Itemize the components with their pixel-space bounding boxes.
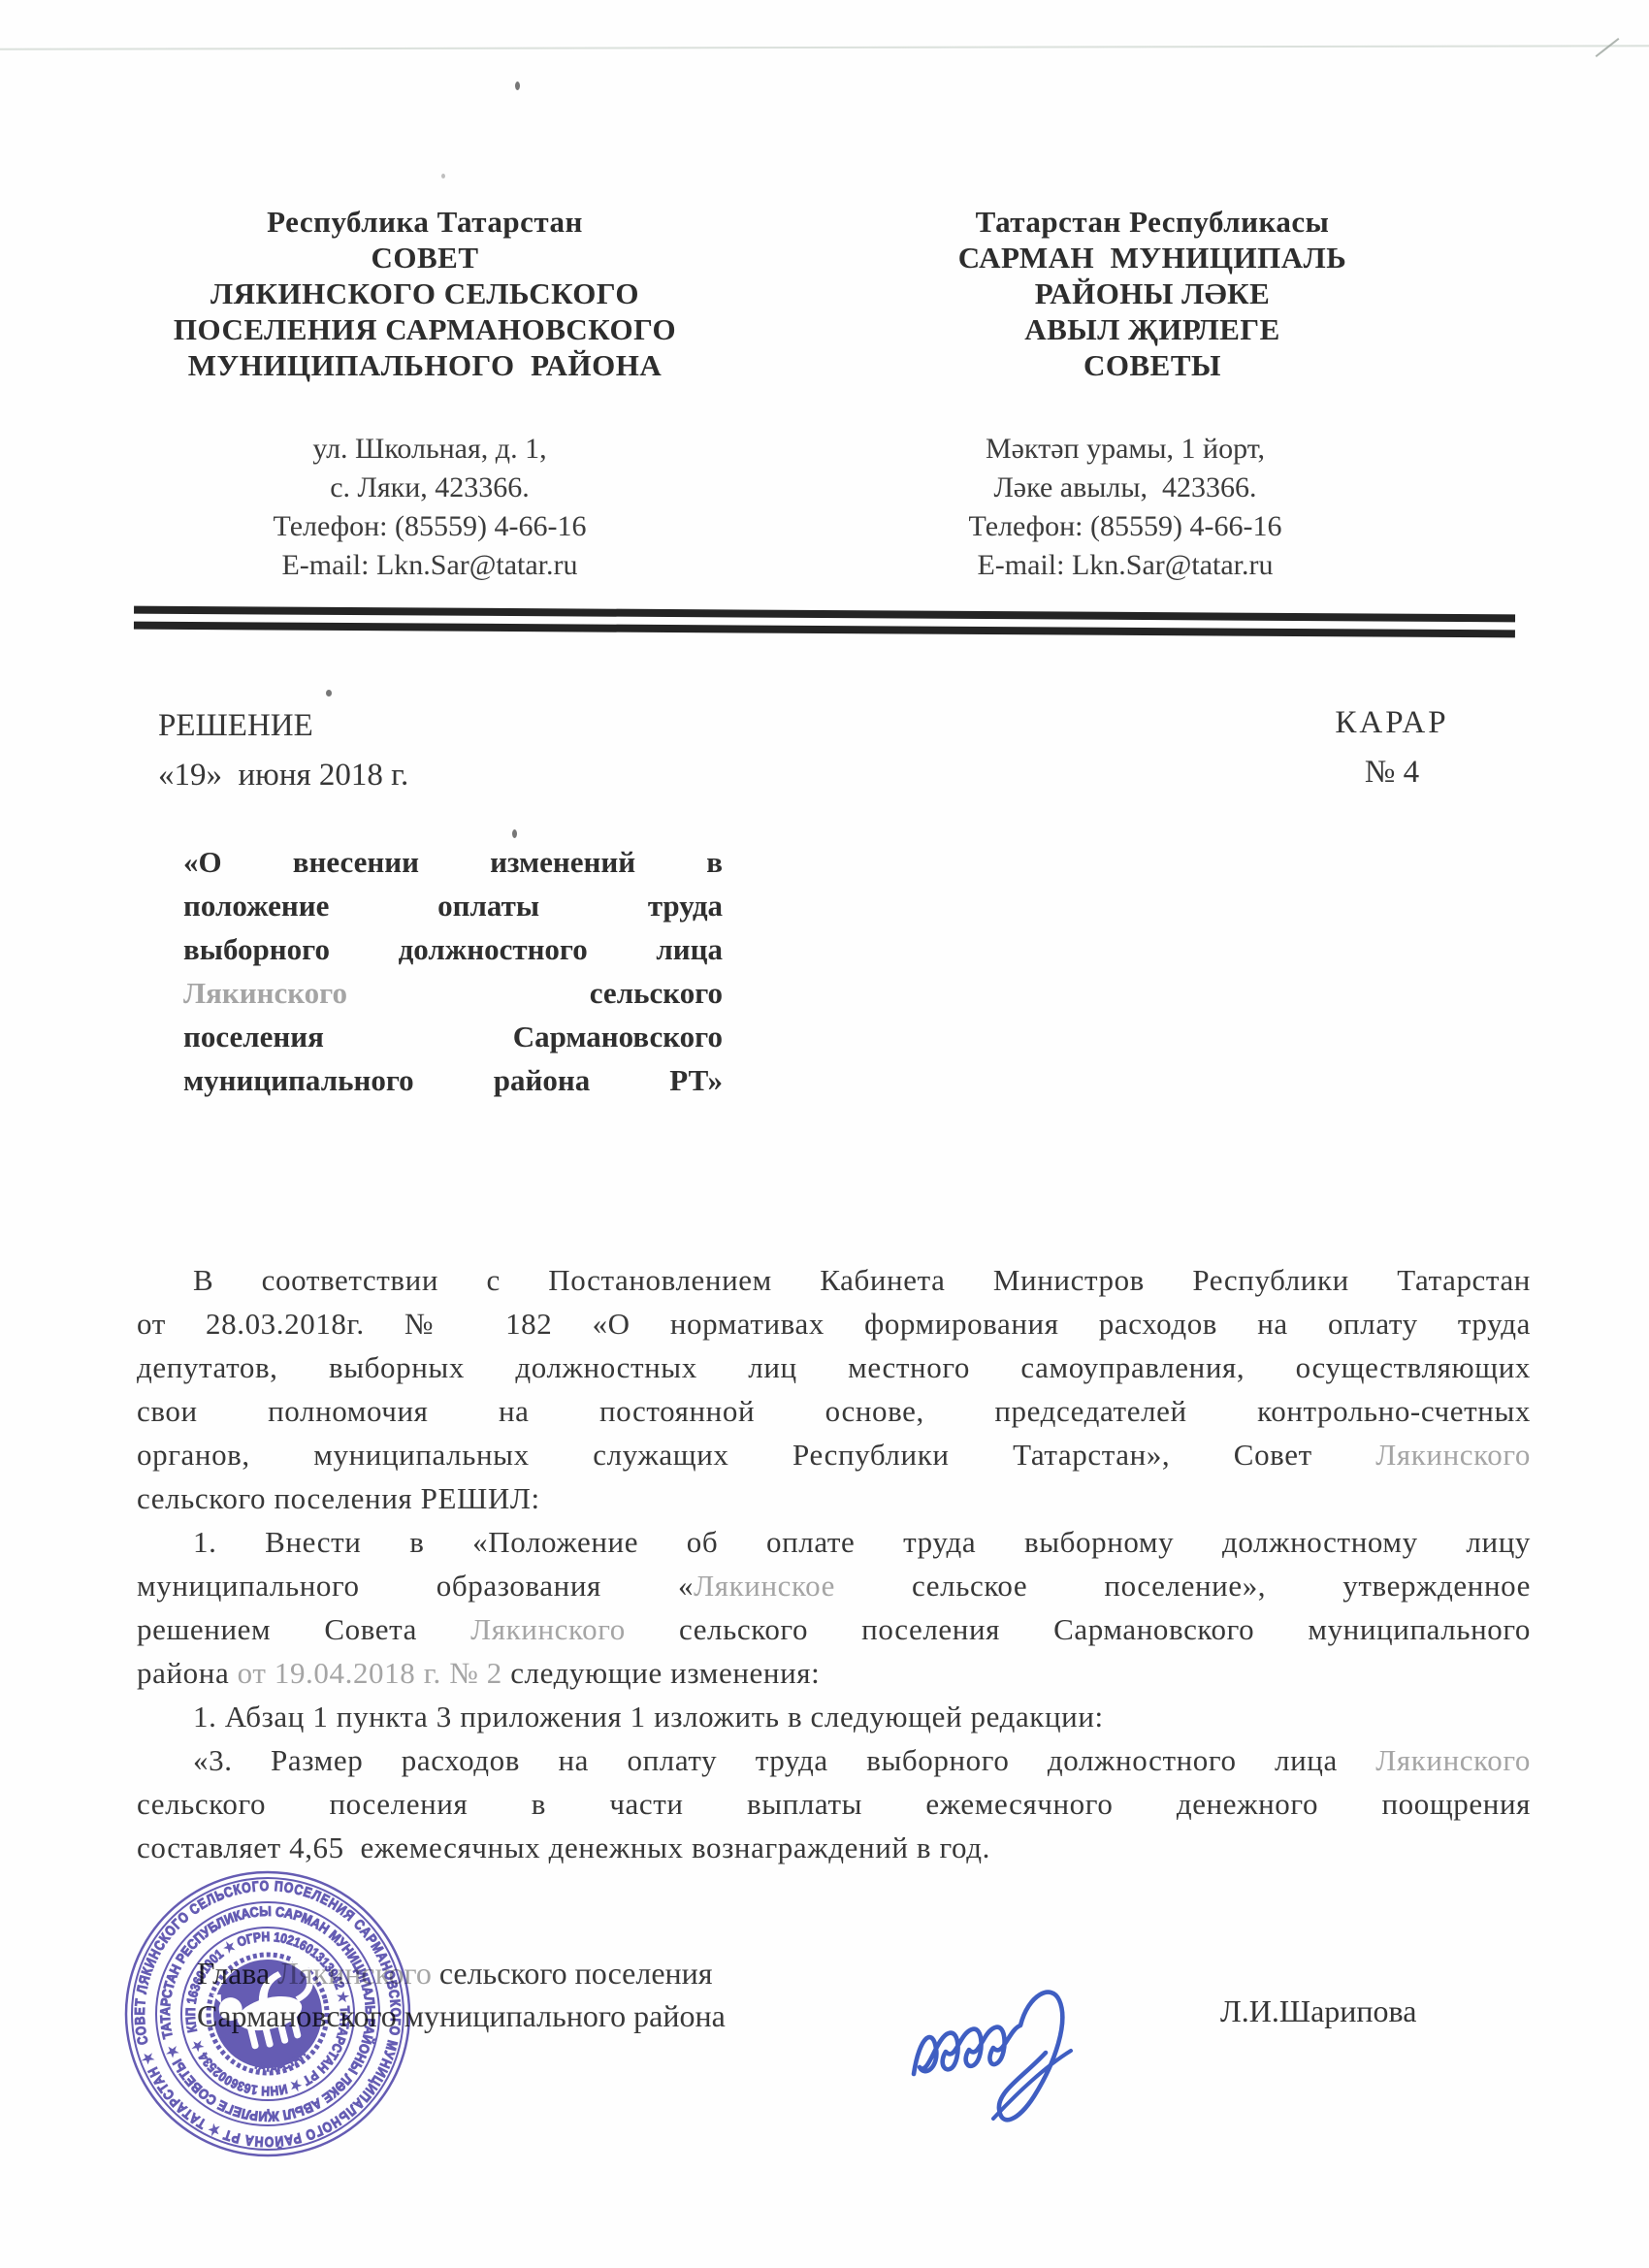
text-line: свои полномочия на постоянной основе, пр…	[137, 1389, 1531, 1433]
doc-type-tt: КАРАР	[1300, 705, 1484, 741]
doc-date: «19» июня 2018 г.	[158, 758, 408, 794]
text-line: от 28.03.2018г. № 182 «О нормативах форм…	[137, 1302, 1531, 1345]
text-segment: сельского	[347, 976, 723, 1010]
inserted-text: от 19.04.2018 г. № 2	[238, 1656, 502, 1690]
inserted-text: Лякинского	[1375, 1438, 1531, 1472]
text-line: района от 19.04.2018 г. № 2 следующие из…	[137, 1651, 1531, 1695]
text-line: положение оплаты труда	[183, 884, 723, 927]
address-left: ул. Школьная, д. 1,с. Ляки, 423366.Телеф…	[150, 430, 709, 585]
text-line: сельского поселения РЕШИЛ:	[137, 1476, 1531, 1520]
text-segment: сельского поселения	[432, 1956, 713, 1991]
text-line: Телефон: (85559) 4-66-16	[150, 507, 709, 546]
text-line: Ләке авылы, 423366.	[854, 469, 1397, 507]
doc-type-ru: РЕШЕНИЕ	[158, 708, 313, 744]
text-line: Телефон: (85559) 4-66-16	[854, 507, 1397, 546]
separator-line	[134, 606, 1515, 638]
text-segment: выборного должностного лица	[183, 932, 723, 966]
text-line: ПОСЕЛЕНИЯ САРМАНОВСКОГО	[145, 311, 704, 347]
scanned-document-page: Республика ТатарстанСОВЕТЛЯКИНСКОГО СЕЛЬ…	[0, 0, 1649, 2268]
text-segment: 1. Абзац 1 пункта 3 приложения 1 изложит…	[193, 1700, 1104, 1733]
text-segment: сельское поселение», утвержденное	[835, 1569, 1531, 1603]
text-segment: сельского поселения Сармановского муници…	[626, 1612, 1531, 1646]
text-line: СОВЕТ	[145, 240, 704, 275]
text-line: 1. Внести в «Положение об оплате труда в…	[137, 1520, 1531, 1564]
text-line: «3. Размер расходов на оплату труда выбо…	[137, 1738, 1531, 1782]
text-segment: поселения Сармановского	[183, 1020, 723, 1053]
text-line: СОВЕТЫ	[873, 347, 1432, 383]
text-segment: муниципального района РТ»	[183, 1063, 723, 1097]
text-segment: составляет 4,65 ежемесячных денежных воз…	[137, 1831, 990, 1864]
letterhead-right: Татарстан РеспубликасыСАРМАН МУНИЦИПАЛЬР…	[873, 204, 1432, 383]
text-line: органов, муниципальных служащих Республи…	[137, 1433, 1531, 1476]
text-line: ЛЯКИНСКОГО СЕЛЬСКОГО	[145, 275, 704, 311]
scan-corner-mark	[1596, 38, 1620, 57]
text-line: Татарстан Республикасы	[873, 204, 1432, 240]
inserted-text: Лякинского	[470, 1612, 626, 1646]
text-line: сельского поселения в части выплаты ежем…	[137, 1782, 1531, 1826]
text-line: E-mail: Lkn.Sar@tatar.ru	[150, 546, 709, 585]
text-segment: сельского поселения РЕШИЛ:	[137, 1481, 540, 1515]
text-segment: следующие изменения:	[502, 1656, 821, 1690]
address-right: Мәктәп урамы, 1 йорт,Ләке авылы, 423366.…	[854, 430, 1397, 585]
text-line: депутатов, выборных должностных лиц мест…	[137, 1345, 1531, 1389]
text-line: решением Совета Лякинского сельского пос…	[137, 1607, 1531, 1651]
text-segment: района	[137, 1656, 238, 1690]
text-segment: органов, муниципальных служащих Республи…	[137, 1438, 1375, 1472]
handwritten-signature	[900, 1938, 1181, 2142]
text-line: Мәктәп урамы, 1 йорт,	[854, 430, 1397, 469]
text-line: Республика Татарстан	[145, 204, 704, 240]
text-line: Лякинского сельского	[183, 971, 723, 1015]
signee-name: Л.И.Шарипова	[1220, 1993, 1416, 2029]
official-seal: СОВЕТ ЛЯКИНСКОГО СЕЛЬСКОГО ПОСЕЛЕНИЯ САР…	[122, 1868, 413, 2159]
text-line: РАЙОНЫ ЛӘКЕ	[873, 275, 1432, 311]
inserted-text: Лякинского	[183, 976, 347, 1010]
text-line: В соответствии с Постановлением Кабинета…	[137, 1258, 1531, 1302]
scan-speck	[512, 829, 517, 838]
text-segment: муниципального образования «	[137, 1569, 694, 1603]
decision-body-text: В соответствии с Постановлением Кабинета…	[137, 1258, 1531, 1869]
text-line: муниципального образования «Лякинское се…	[137, 1564, 1531, 1607]
text-segment: положение оплаты труда	[183, 889, 723, 923]
text-segment: «3. Размер расходов на оплату труда выбо…	[193, 1743, 1375, 1777]
text-line: муниципального района РТ»	[183, 1058, 723, 1102]
scan-speck	[515, 81, 520, 90]
text-segment: депутатов, выборных должностных лиц мест…	[137, 1350, 1531, 1384]
text-line: составляет 4,65 ежемесячных денежных воз…	[137, 1826, 1531, 1869]
text-line: 1. Абзац 1 пункта 3 приложения 1 изложит…	[137, 1695, 1531, 1738]
text-segment: сельского поселения в части выплаты ежем…	[137, 1787, 1531, 1821]
text-line: МУНИЦИПАЛЬНОГО РАЙОНА	[145, 347, 704, 383]
text-line: поселения Сармановского	[183, 1015, 723, 1058]
text-line: АВЫЛ ҖИРЛЕГЕ	[873, 311, 1432, 347]
inserted-text: Лякинское	[694, 1569, 835, 1603]
text-line: E-mail: Lkn.Sar@tatar.ru	[854, 546, 1397, 585]
text-segment: свои полномочия на постоянной основе, пр…	[137, 1394, 1531, 1428]
text-line: с. Ляки, 423366.	[150, 469, 709, 507]
text-segment: «О внесении изменений в	[183, 845, 723, 879]
letterhead-left: Республика ТатарстанСОВЕТЛЯКИНСКОГО СЕЛЬ…	[145, 204, 704, 383]
decision-title: «О внесении изменений вположение оплаты …	[183, 840, 723, 1102]
text-segment: от 28.03.2018г. № 182 «О нормативах форм…	[137, 1307, 1531, 1341]
scan-edge-line	[0, 45, 1649, 50]
text-segment: В соответствии с Постановлением Кабинета…	[193, 1263, 1531, 1297]
text-line: САРМАН МУНИЦИПАЛЬ	[873, 240, 1432, 275]
text-segment: 1. Внести в «Положение об оплате труда в…	[193, 1525, 1531, 1559]
inserted-text: Лякинского	[1375, 1743, 1531, 1777]
text-line: «О внесении изменений в	[183, 840, 723, 884]
text-line: выборного должностного лица	[183, 927, 723, 971]
scan-speck	[326, 690, 332, 697]
scan-speck	[441, 174, 445, 178]
doc-number: № 4	[1300, 755, 1484, 791]
text-line: ул. Школьная, д. 1,	[150, 430, 709, 469]
text-segment: решением Совета	[137, 1612, 470, 1646]
